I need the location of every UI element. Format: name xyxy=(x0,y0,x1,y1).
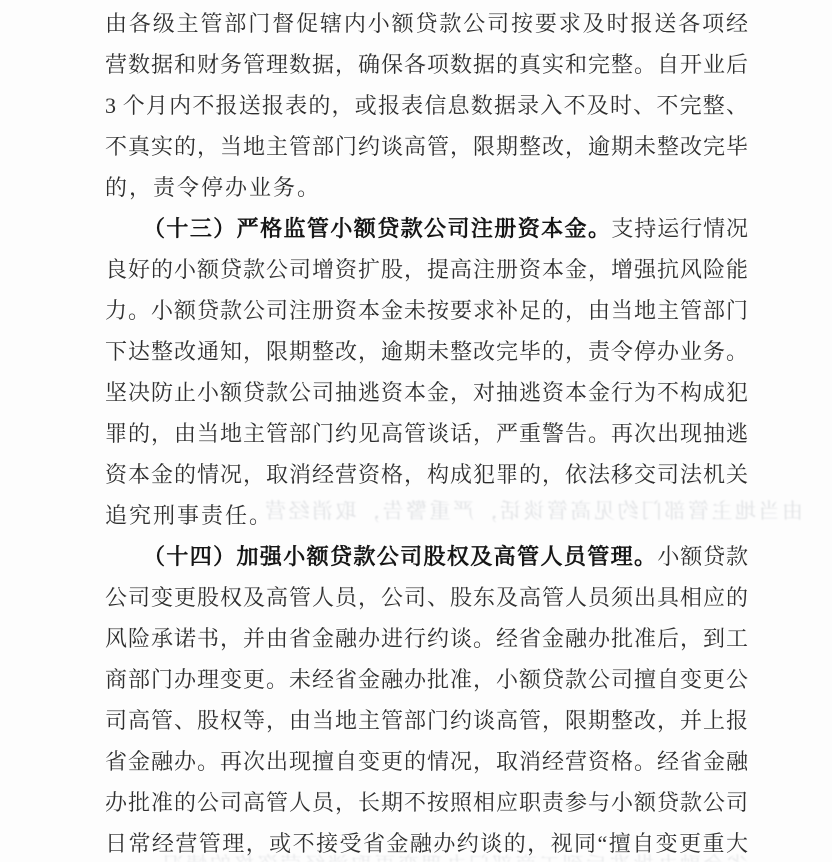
text-line: 省金融办。再次出现擅自变更的情况，取消经营资格。经省金融 xyxy=(105,741,748,782)
text-line: 的，责令停办业务。 xyxy=(105,167,748,208)
text-run: 支持运行情况 xyxy=(611,216,748,241)
section-13-heading: （十三）严格监管小额贷款公司注册资本金。 xyxy=(143,216,611,241)
text-line: 办批准的公司高管人员，长期不按照相应职责参与小额贷款公司 xyxy=(105,782,748,823)
text-line: （十四）加强小额贷款公司股权及高管人员管理。小额贷款 xyxy=(105,536,748,577)
document-body: 由各级主管部门督促辖内小额贷款公司按要求及时报送各项经 营数据和财务管理数据，确… xyxy=(105,3,748,862)
text-line: 不真实的，当地主管部门约谈高管，限期整改，逾期未整改完毕 xyxy=(105,126,748,167)
text-line: 司高管、股权等，由当地主管部门约谈高管，限期整改，并上报 xyxy=(105,700,748,741)
text-line: 3 个月内不报送报表的，或报表信息数据录入不及时、不完整、 xyxy=(105,85,748,126)
text-line: （十三）严格监管小额贷款公司注册资本金。支持运行情况 xyxy=(105,208,748,249)
section-14-heading: （十四）加强小额贷款公司股权及高管人员管理。 xyxy=(143,544,657,569)
text-line: 下达整改通知，限期整改，逾期未整改完毕的，责令停办业务。 xyxy=(105,331,748,372)
text-line: 罪的，由当地主管部门约见高管谈话，严重警告。再次出现抽逃 xyxy=(105,413,748,454)
text-line: 追究刑事责任。 xyxy=(105,495,748,536)
text-line: 公司变更股权及高管人员，公司、股东及高管人员须出具相应的 xyxy=(105,577,748,618)
text-line: 风险承诺书，并由省金融办进行约谈。经省金融办批准后，到工 xyxy=(105,618,748,659)
text-line: 营数据和财务管理数据，确保各项数据的真实和完整。自开业后 xyxy=(105,44,748,85)
text-line: 商部门办理变更。未经省金融办批准，小额贷款公司擅自变更公 xyxy=(105,659,748,700)
text-line: 坚决防止小额贷款公司抽逃资本金，对抽逃资本金行为不构成犯 xyxy=(105,372,748,413)
text-line: 由各级主管部门督促辖内小额贷款公司按要求及时报送各项经 xyxy=(105,3,748,44)
text-line: 力。小额贷款公司注册资本金未按要求补足的，由当地主管部门 xyxy=(105,290,748,331)
text-line: 资本金的情况，取消经营资格，构成犯罪的，依法移交司法机关 xyxy=(105,454,748,495)
text-line: 良好的小额贷款公司增资扩股，提高注册资本金，增强抗风险能 xyxy=(105,249,748,290)
scanned-document-page: 由各级主管部门督促辖内小额贷款公司按要求及时报送各项经 营数据和财务管理数据，确… xyxy=(0,0,832,862)
text-line: 日常经营管理，或不接受省金融办约谈的，视同“擅自变更重大 xyxy=(105,823,748,862)
text-run: 小额贷款 xyxy=(657,544,748,569)
